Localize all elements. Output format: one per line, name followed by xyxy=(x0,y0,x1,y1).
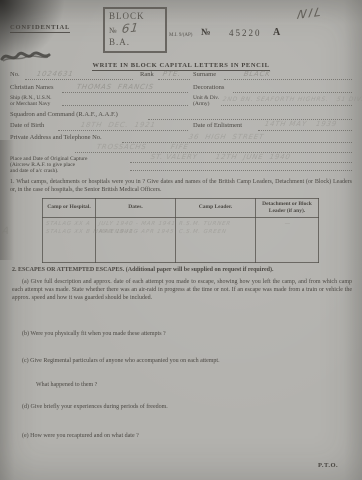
serial-number: 45220 xyxy=(229,28,262,38)
camps-table-cell-leader: R.S.M. TURNER C.S.M. GREEN xyxy=(176,217,256,262)
section-2-item-c2: What happened to them ? xyxy=(36,381,352,389)
field-value-date-of-enlistment: 14TH MAY 1939 xyxy=(264,120,338,128)
pto-marking: P.T.O. xyxy=(318,462,338,469)
table-entry-dates-2: MAR 1941 - APR 1945 xyxy=(98,228,174,236)
section-2-item-c: (c) Give Regimental particulars of anyon… xyxy=(22,357,352,365)
field-label-ship-line2: or Merchant Navy xyxy=(10,101,50,108)
field-value-capture: ST. VALERY 12TH JUNE 1940 xyxy=(150,153,291,161)
stamp-handwritten-number: 61 xyxy=(121,21,140,38)
table-entry-detachment-1: — xyxy=(258,220,317,228)
block-number-stamp: BLOCK № 61 B.A. xyxy=(103,7,167,53)
dotted-line xyxy=(224,79,352,80)
section-2-item-e: (e) How were you recaptured and on what … xyxy=(22,432,352,440)
mi9-reference: M.I. 9/(AP) xyxy=(169,33,192,38)
field-value-address-line1: 36 HIGH STREET xyxy=(188,133,265,141)
table-entry-dates-1: JULY 1940 - MAR 1941 xyxy=(98,220,174,228)
dotted-line xyxy=(62,105,188,106)
camps-table-body-row: STALAG XX A STALAG XX B MARIENBURG JULY … xyxy=(43,217,319,262)
dotted-line xyxy=(233,92,352,93)
field-label-rank: Rank xyxy=(140,71,154,78)
series-letter: A xyxy=(273,27,280,38)
scanned-form-page: CONFIDENTIAL BLOCK № 61 B.A. M.I. 9/(AP)… xyxy=(0,0,362,480)
field-label-decorations: Decorations xyxy=(193,84,224,91)
section-2-heading: 2. ESCAPES OR ATTEMPTED ESCAPES. (Additi… xyxy=(12,266,352,274)
table-entry-leader-2: C.S.M. GREEN xyxy=(178,228,254,236)
confidential-marking: CONFIDENTIAL xyxy=(10,24,70,33)
dotted-line xyxy=(25,79,133,80)
dotted-line xyxy=(158,79,190,80)
field-label-date-of-enlistment: Date of Enlistment xyxy=(193,122,242,129)
section-2-item-a: (a) Give full description and approx. da… xyxy=(12,278,352,302)
camps-table: Camp or Hospital. Dates. Camp Leader. De… xyxy=(42,198,319,263)
stamp-line3: B.A. xyxy=(109,37,161,48)
table-entry-camp-2: STALAG XX B MARIENBURG xyxy=(45,228,94,236)
camps-table-header-camp: Camp or Hospital. xyxy=(43,199,96,218)
question-1-text: 1. What camps, detachments or hospitals … xyxy=(10,178,352,194)
field-value-surname: BLACK xyxy=(243,70,271,78)
field-value-christian-names: THOMAS FRANCIS xyxy=(76,83,155,91)
camps-table-header-row: Camp or Hospital. Dates. Camp Leader. De… xyxy=(43,199,319,218)
section-2-item-d: (d) Give briefly your experiences during… xyxy=(22,403,352,411)
field-value-unit: 2ND BN. SEAFORTH HIGHRS. 51 DIV. xyxy=(222,96,362,103)
dotted-line xyxy=(130,162,352,163)
field-value-no: 1024631 xyxy=(36,70,74,78)
field-label-squadron: Squadron and Command (R.A.F., A.A.F.) xyxy=(10,111,118,118)
field-label-no: No. xyxy=(10,71,20,78)
handwritten-nil-note: NIL xyxy=(296,5,325,22)
field-label-surname: Surname xyxy=(193,71,216,78)
serial-no-symbol: № xyxy=(201,28,211,38)
dotted-line xyxy=(130,170,352,171)
field-value-date-of-birth: 18TH DEC. 1921 xyxy=(80,121,156,129)
dotted-line xyxy=(258,130,352,131)
camps-table-header-detachment: Detachment or Block Leader (if any). xyxy=(256,199,319,218)
camps-table-header-leader: Camp Leader. xyxy=(176,199,256,218)
section-2-item-b: (b) Were you physically fit when you mad… xyxy=(22,330,352,338)
field-label-address: Private Address and Telephone No. xyxy=(10,134,102,141)
field-value-rank: PTE. xyxy=(162,70,182,78)
field-label-date-of-birth: Date of Birth xyxy=(10,122,44,129)
camps-table-header-dates: Dates. xyxy=(96,199,176,218)
field-value-address-line2: TROSSACHS FIFE xyxy=(96,143,189,151)
table-entry-camp-1: STALAG XX A xyxy=(45,220,94,228)
dotted-line xyxy=(58,130,188,131)
field-label-unit-line2: (Army) xyxy=(193,101,210,108)
camps-table-cell-dates: JULY 1940 - MAR 1941 MAR 1941 - APR 1945 xyxy=(96,217,176,262)
stamp-no-symbol: № xyxy=(109,26,118,35)
dotted-line xyxy=(221,105,352,106)
field-label-capture-line3: and date of a/c crash). xyxy=(10,168,58,175)
field-label-christian-names: Christian Names xyxy=(10,84,54,91)
dotted-line xyxy=(62,92,188,93)
margin-handwritten-mark: A xyxy=(1,226,11,237)
camps-table-cell-camp: STALAG XX A STALAG XX B MARIENBURG xyxy=(43,217,96,262)
camps-table-cell-detachment: — xyxy=(256,217,319,262)
table-entry-leader-1: R.S.M. TURNER xyxy=(178,220,254,228)
